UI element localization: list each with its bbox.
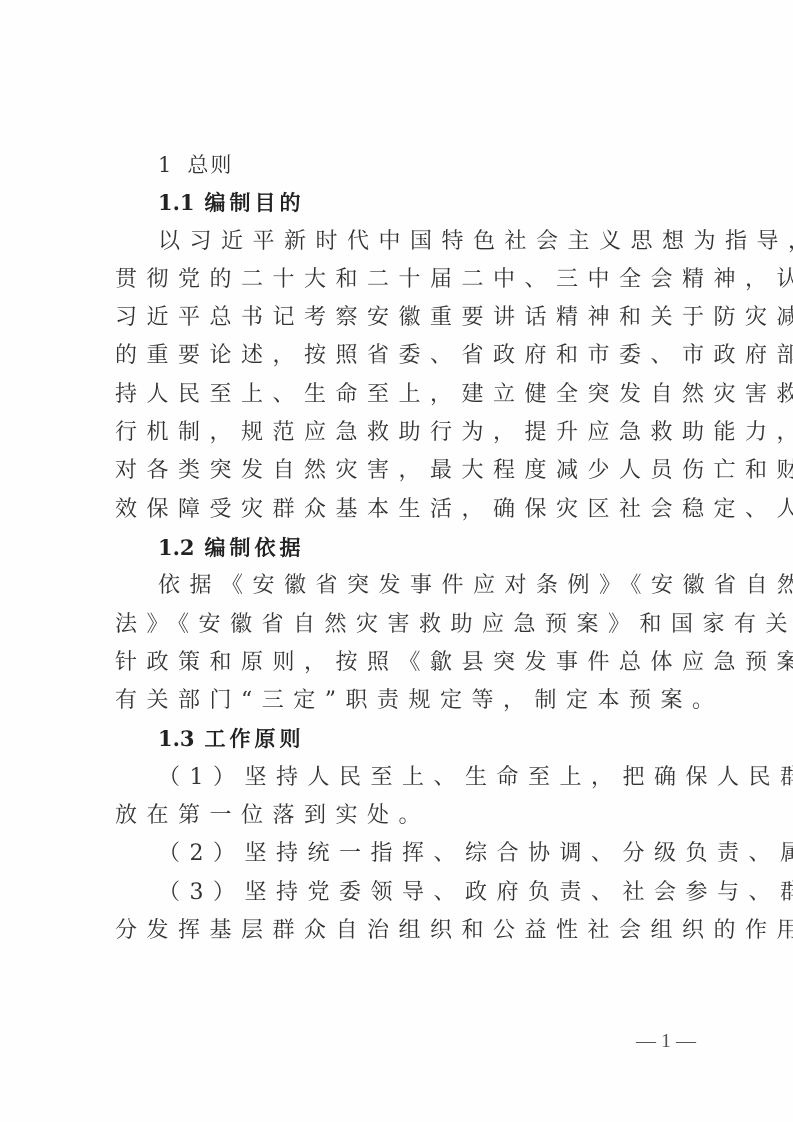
subsection-heading-1-2: 1.2编制依据 — [115, 529, 695, 567]
subsection-heading-1-3: 1.3工作原则 — [115, 720, 695, 758]
section-number: 1 — [158, 153, 173, 177]
principle-item-3: （3）坚持党委领导、政府负责、社会参与、群众自救，充 — [115, 874, 695, 912]
subsection-number: 1.3 — [158, 726, 195, 751]
paragraph-line: 的重要论述，按照省委、省政府和市委、市政府部署要求，坚 — [115, 337, 695, 375]
principle-item-2: （2）坚持统一指挥、综合协调、分级负责、属地管理。 — [115, 835, 695, 873]
section-heading-1: 1总则 — [115, 146, 695, 184]
subsection-number: 1.2 — [158, 535, 195, 560]
paragraph-line: 以习近平新时代中国特色社会主义思想为指导，深入学习 — [115, 223, 695, 261]
principle-item-1-cont: 放在第一位落到实处。 — [115, 797, 695, 835]
principle-item-3-cont: 分发挥基层群众自治组织和公益性社会组织的作用。 — [115, 912, 695, 950]
subsection-title: 编制目的 — [205, 190, 305, 215]
subsection-number: 1.1 — [158, 190, 195, 215]
document-body: 1总则 1.1编制目的 以习近平新时代中国特色社会主义思想为指导，深入学习 贯彻… — [115, 146, 695, 950]
subsection-title: 工作原则 — [205, 726, 305, 751]
paragraph-line: 针政策和原则，按照《歙县突发事件总体应急预案》和县政府 — [115, 644, 695, 682]
subsection-heading-1-1: 1.1编制目的 — [115, 184, 695, 222]
subsection-title: 编制依据 — [205, 535, 305, 560]
paragraph-line: 有关部门“三定”职责规定等，制定本预案。 — [115, 682, 695, 720]
paragraph-line: 贯彻党的二十大和二十届二中、三中全会精神，认真贯彻落实 — [115, 261, 695, 299]
page-number: — 1 — — [636, 1030, 696, 1053]
paragraph-line: 效保障受灾群众基本生活，确保灾区社会稳定、人心安定。 — [115, 491, 695, 529]
principle-item-1: （1）坚持人民至上、生命至上，把确保人民群众生命安全 — [115, 759, 695, 797]
paragraph-line: 对各类突发自然灾害，最大程度减少人员伤亡和财产损失，有 — [115, 452, 695, 490]
document-page: 1总则 1.1编制目的 以习近平新时代中国特色社会主义思想为指导，深入学习 贯彻… — [0, 0, 793, 1122]
section-title: 总则 — [187, 153, 233, 177]
paragraph-line: 习近平总书记考察安徽重要讲话精神和关于防灾减灾救灾工作 — [115, 299, 695, 337]
paragraph-line: 法》《安徽省自然灾害救助应急预案》和国家有关救灾工作方 — [115, 606, 695, 644]
paragraph-line: 依据《安徽省突发事件应对条例》《安徽省自然灾害救助办 — [115, 567, 695, 605]
paragraph-line: 持人民至上、生命至上，建立健全突发自然灾害救助体系和运 — [115, 376, 695, 414]
paragraph-line: 行机制，规范应急救助行为，提升应急救助能力，科学有序应 — [115, 414, 695, 452]
